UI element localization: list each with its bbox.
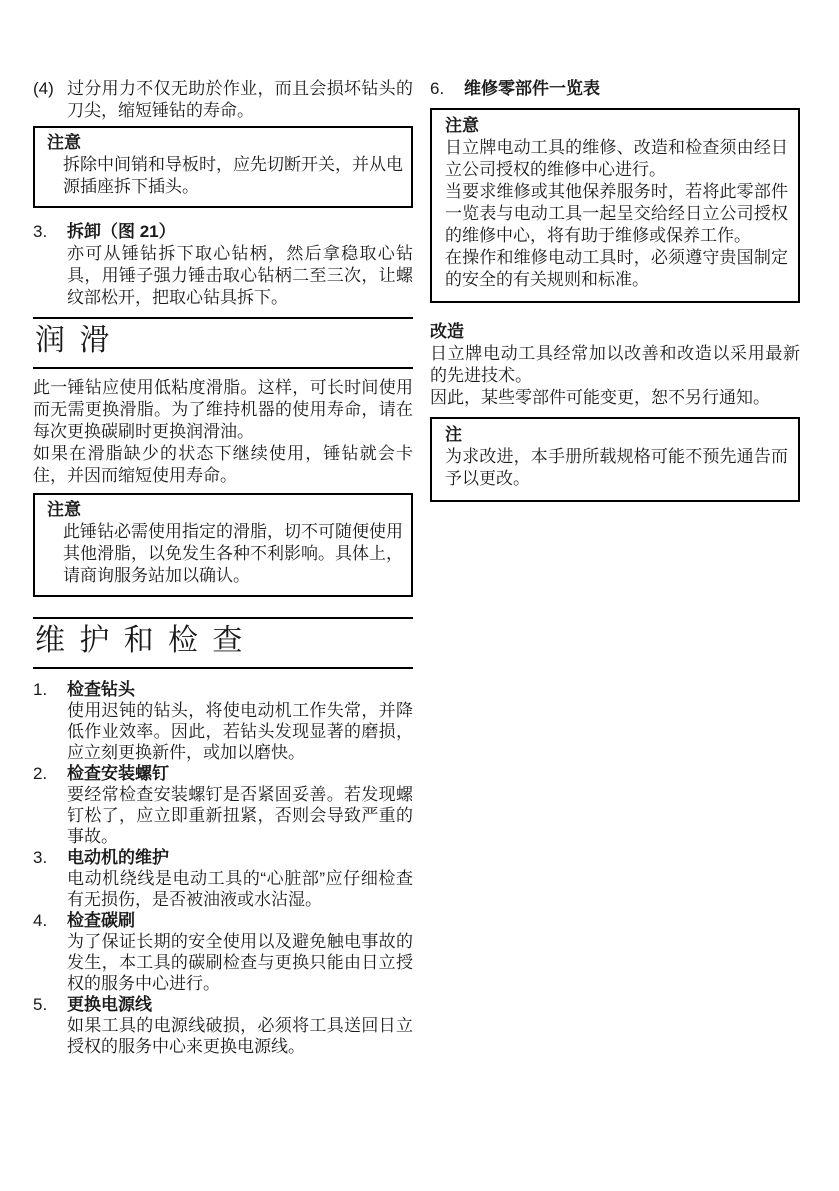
- caution-paragraph-3: 在操作和维修电动工具时，必须遵守贵国制定的安全的有关规则和标准。: [445, 247, 788, 291]
- caution-text: 拆除中间销和导板时，应先切断开关，并从电源插座拆下插头。: [63, 154, 403, 198]
- item-title: 检查钻头: [67, 679, 413, 700]
- instruction-item-3-disassembly: 3. 拆卸（图 21） 亦可从锤钻拆下取心钻柄，然后拿稳取心钻具，用锤子强力锤击…: [33, 221, 413, 309]
- item-marker: 3.: [33, 221, 67, 243]
- item-title: 检查安装螺钉: [67, 763, 413, 784]
- caution-text: 此锤钻必需使用指定的滑脂，切不可随便使用其他滑脂，以免发生各种不利影响。具体上，…: [63, 521, 403, 587]
- item-text: 如果工具的电源线破损，必须将工具送回日立授权的服务中心来更换电源线。: [67, 1015, 413, 1057]
- maintenance-item-2: 2. 检查安装螺钉 要经常检查安装螺钉是否紧固妥善。若发现螺钉松了，应立即重新扭…: [33, 763, 413, 847]
- item-text: 要经常检查安装螺钉是否紧固妥善。若发现螺钉松了，应立即重新扭紧，否则会导致严重的…: [67, 784, 413, 847]
- modification-block: 改造 日立牌电动工具经常加以改善和改造以采用最新的先进技术。 因此，某些零部件可…: [430, 321, 800, 409]
- modification-paragraph-2: 因此，某些零部件可能变更，恕不另行通知。: [430, 387, 800, 409]
- instruction-item-6-parts-list: 6. 维修零部件一览表: [430, 78, 800, 100]
- maintenance-item-3: 3. 电动机的维护 电动机绕线是电动工具的“心脏部”应仔细检查有无损伤，是否被油…: [33, 847, 413, 910]
- item-marker: (4): [33, 78, 67, 100]
- item-title: 检查碳刷: [67, 910, 413, 931]
- item-text: 为了保证长期的安全使用以及避免触电事故的发生，本工具的碳刷检查与更换只能由日立授…: [67, 931, 413, 994]
- caution-box-grease: 注意 此锤钻必需使用指定的滑脂，切不可随便使用其他滑脂，以免发生各种不利影响。具…: [33, 493, 413, 597]
- modification-paragraph-1: 日立牌电动工具经常加以改善和改造以采用最新的先进技术。: [430, 343, 800, 387]
- item-text: 电动机绕线是电动工具的“心脏部”应仔细检查有无损伤，是否被油液或水沾湿。: [67, 868, 413, 910]
- item-marker: 6.: [430, 78, 464, 100]
- item-marker: 5.: [33, 994, 67, 1015]
- lubrication-paragraph-1: 此一锤钻应使用低粘度滑脂。这样，可长时间使用而无需更换滑脂。为了维持机器的使用寿…: [33, 377, 413, 443]
- caution-title: 注意: [47, 499, 403, 521]
- caution-title: 注意: [445, 115, 788, 137]
- caution-paragraph-1: 日立牌电动工具的维修、改造和检查须由经日立公司授权的维修中心进行。: [445, 137, 788, 181]
- item-text: 过分用力不仅无助於作业，而且会损坏钻头的刀尖，缩短锤钻的寿命。: [67, 78, 413, 122]
- item-title: 电动机的维护: [67, 847, 413, 868]
- left-column: (4) 过分用力不仅无助於作业，而且会损坏钻头的刀尖，缩短锤钻的寿命。 注意 拆…: [33, 78, 413, 1191]
- item-title: 维修零部件一览表: [464, 78, 800, 100]
- modification-title: 改造: [430, 321, 800, 343]
- note-box-specifications: 注 为求改进，本手册所载规格可能不预先通告而予以更改。: [430, 417, 800, 502]
- section-heading-lubrication: 润 滑: [33, 317, 413, 369]
- right-column: 6. 维修零部件一览表 注意 日立牌电动工具的维修、改造和检查须由经日立公司授权…: [430, 78, 800, 1191]
- instruction-item-4: (4) 过分用力不仅无助於作业，而且会损坏钻头的刀尖，缩短锤钻的寿命。: [33, 78, 413, 122]
- caution-box-switch-off: 注意 拆除中间销和导板时，应先切断开关，并从电源插座拆下插头。: [33, 126, 413, 208]
- item-marker: 4.: [33, 910, 67, 931]
- item-text: 亦可从锤钻拆下取心钻柄，然后拿稳取心钻具，用锤子强力锤击取心钻柄二至三次，让螺纹…: [67, 243, 413, 309]
- caution-box-service: 注意 日立牌电动工具的维修、改造和检查须由经日立公司授权的维修中心进行。 当要求…: [430, 108, 800, 303]
- note-text: 为求改进，本手册所载规格可能不预先通告而予以更改。: [445, 446, 788, 490]
- maintenance-item-4: 4. 检查碳刷 为了保证长期的安全使用以及避免触电事故的发生，本工具的碳刷检查与…: [33, 910, 413, 994]
- section-heading-maintenance: 维 护 和 检 查: [33, 617, 413, 669]
- maintenance-item-5: 5. 更换电源线 如果工具的电源线破损，必须将工具送回日立授权的服务中心来更换电…: [33, 994, 413, 1057]
- lubrication-paragraph-2: 如果在滑脂缺少的状态下继续使用，锤钻就会卡住，并因而缩短使用寿命。: [33, 443, 413, 487]
- maintenance-item-1: 1. 检查钻头 使用迟钝的钻头，将使电动机工作失常，并降低作业效率。因此，若钻头…: [33, 679, 413, 763]
- note-title: 注: [445, 424, 788, 446]
- manual-page: (4) 过分用力不仅无助於作业，而且会损坏钻头的刀尖，缩短锤钻的寿命。 注意 拆…: [0, 0, 839, 1191]
- caution-title: 注意: [47, 132, 403, 154]
- item-marker: 1.: [33, 679, 67, 700]
- item-title: 更换电源线: [67, 994, 413, 1015]
- item-title: 拆卸（图 21）: [67, 221, 413, 243]
- caution-paragraph-2: 当要求维修或其他保养服务时，若将此零部件一览表与电动工具一起呈交给经日立公司授权…: [445, 181, 788, 247]
- item-marker: 3.: [33, 847, 67, 868]
- item-marker: 2.: [33, 763, 67, 784]
- item-text: 使用迟钝的钻头，将使电动机工作失常，并降低作业效率。因此，若钻头发现显著的磨损，…: [67, 700, 413, 763]
